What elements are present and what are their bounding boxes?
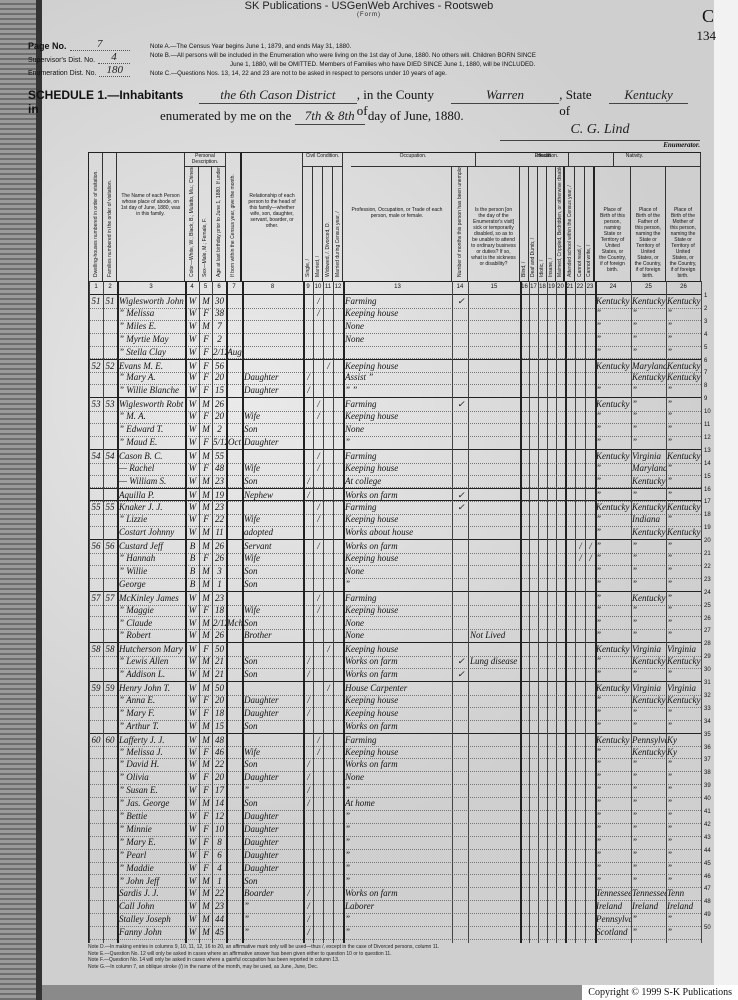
col-header-blind: Blind, /: [520, 167, 529, 281]
page-no-value: 7: [70, 39, 130, 51]
sex: M: [200, 926, 212, 941]
corner-mark: C: [702, 6, 714, 27]
line-number: 18: [704, 512, 711, 518]
line-number: 42: [704, 822, 711, 828]
line-number: 43: [704, 835, 711, 841]
archive-banner: SK Publications - USGenWeb Archives - Ro…: [0, 0, 738, 18]
line-number: 14: [704, 461, 711, 467]
census-row: Sardis J. J.WM22Boarder/Works on farmTen…: [89, 887, 701, 901]
line-number: 46: [704, 874, 711, 880]
dwelling-number: [89, 926, 103, 941]
census-row: ” Addison L.WM21Son/Works on farm✓”””: [89, 668, 701, 682]
note-b-cont: June 1, 1880, will be OMITTED. Members o…: [150, 60, 670, 69]
county-value: Warren: [451, 87, 559, 104]
column-divider: [520, 281, 522, 943]
census-row: Costart JohnnyWM11adoptedWorks about hou…: [89, 526, 701, 540]
column-number: 4: [185, 284, 199, 290]
line-number: 33: [704, 706, 711, 712]
line-number: 24: [704, 590, 711, 596]
relationship: ”: [244, 926, 303, 941]
married-mark: [314, 926, 323, 941]
col-header-married: Married, /: [313, 167, 323, 281]
supervisor-dist-label: Supervisor's Dist. No.: [28, 57, 95, 64]
column-divider: [556, 281, 557, 943]
cannot-write: [586, 926, 595, 941]
census-row: ” Miles E.WM7None”””: [89, 320, 701, 334]
form-notes: Note A.—The Census Year begins June 1, 1…: [150, 42, 670, 78]
banner-title: SK Publications - USGenWeb Archives - Ro…: [0, 0, 738, 12]
page-no-label: Page No.: [28, 41, 67, 51]
line-number: 35: [704, 732, 711, 738]
column-divider: [585, 281, 586, 943]
form-footnotes: Note D.—In making entries in columns 9, …: [88, 944, 628, 970]
group-education: Education.: [525, 153, 569, 167]
column-divider: [666, 281, 667, 943]
census-row: ” Mary E.WF8Daughter””””: [89, 836, 701, 850]
unemployed-months: [454, 926, 468, 941]
father-birthplace: ”: [632, 926, 666, 941]
occupation: ”: [345, 926, 452, 941]
column-number: 5: [199, 284, 212, 290]
column-divider: [343, 281, 345, 943]
census-row: ” LizzieWF22Wife/Keeping house”Indiana”: [89, 513, 701, 527]
line-number: 1: [704, 293, 707, 299]
census-row: ” John JeffWM1Son””””: [89, 875, 701, 889]
column-number: 2: [103, 284, 117, 290]
census-row: ” PearlWF6Daughter””””: [89, 849, 701, 863]
note-a: Note A.—The Census Year begins June 1, 1…: [150, 42, 670, 51]
line-number: 26: [704, 616, 711, 622]
census-row: ” MaddieWF4Daughter””””: [89, 862, 701, 876]
line-number: 11: [704, 422, 710, 428]
census-row: ” Melissa J.WF46Wife/Keeping house”Kentu…: [89, 746, 701, 760]
line-number: 27: [704, 628, 711, 634]
single-mark: /: [304, 926, 313, 941]
col-header-idiotic: Idiotic, /: [538, 167, 547, 281]
enumeration-date-line: enumerated by me on the 7th & 8th day of…: [160, 108, 464, 125]
census-row: ” Mary A.WF20Daughter/Assist ”KentuckyKe…: [89, 371, 701, 385]
schedule-place: the 6th Cason District: [199, 87, 357, 104]
col-header-birth-month: If born within the Census year, give the…: [226, 153, 242, 281]
line-number: 5: [704, 345, 707, 351]
line-number: 50: [704, 925, 711, 931]
enumerator-label: Enumerator.: [500, 141, 700, 149]
census-row: ” HannahBF26WifeKeeping house//”””: [89, 552, 701, 566]
census-row: Call JohnWM23”/LaborerIrelandIrelandIrel…: [89, 900, 701, 914]
line-number: 30: [704, 667, 711, 673]
supervisor-dist-value: 4: [98, 52, 130, 64]
column-number: 6: [212, 284, 226, 290]
line-number: 40: [704, 796, 711, 802]
line-number: 22: [704, 564, 711, 570]
widowed-mark: [324, 926, 333, 941]
line-number: 13: [704, 448, 711, 454]
col-header-cannot-write: Cannot write, /: [585, 167, 595, 281]
column-divider: [89, 281, 90, 943]
column-divider: [199, 281, 200, 943]
column-number: 22: [575, 284, 585, 290]
column-numbers: 1234567891011121314151617181920212223242…: [89, 281, 701, 295]
state-label: , State of: [559, 87, 605, 119]
note-b: Note B.—All persons will be included in …: [150, 51, 670, 60]
enum-day: 7th & 8th: [295, 108, 365, 125]
census-row: Fanny JohnWM45”/”Scotland””: [89, 926, 701, 940]
line-number: 36: [704, 745, 711, 751]
census-row: ” Edward T.WM2SonNone”””: [89, 423, 701, 437]
group-personal: Personal Description.: [185, 153, 226, 167]
line-number: 29: [704, 654, 711, 660]
column-number: 17: [529, 284, 538, 290]
line-number: 47: [704, 886, 711, 892]
person-name: Fanny John: [119, 926, 185, 941]
column-number: 7: [226, 284, 242, 290]
footnote: Note G.—In column 7, an oblique stroke (…: [88, 964, 628, 971]
page-right-margin: [714, 0, 738, 1000]
line-number: 7: [704, 370, 707, 376]
col-header-deaf: Deaf and Dumb, /: [529, 167, 538, 281]
col-header-mother-birthplace: Place of Birth of the Mother of this per…: [666, 167, 701, 281]
line-number: 3: [704, 319, 707, 325]
column-divider: [303, 281, 305, 943]
group-civil: Civil Condition.: [303, 153, 343, 167]
column-divider: [538, 281, 539, 943]
line-number: 48: [704, 899, 711, 905]
column-divider: [529, 281, 530, 943]
census-row: ” Lewis AllenWM21Son/Works on farm✓Lung …: [89, 655, 701, 669]
col-header-widowed: Widowed, /. Divorced, D.: [323, 167, 333, 281]
line-number: 25: [704, 603, 711, 609]
census-row: ” Anna E.WF20Daughter/Keeping house”Kent…: [89, 694, 701, 708]
line-number: 45: [704, 861, 711, 867]
column-number: 3: [117, 284, 185, 290]
column-number: 15: [468, 284, 520, 290]
line-number: 21: [704, 551, 711, 557]
family-number: [103, 926, 117, 941]
line-number: 8: [704, 383, 707, 389]
column-divider: [226, 281, 228, 943]
district-info: Page No.7 Supervisor's Dist. No.4 Enumer…: [28, 38, 130, 77]
column-divider: [185, 281, 187, 943]
color: W: [186, 926, 199, 941]
column-number: 20: [556, 284, 565, 290]
enumeration-dist-value: 180: [99, 65, 130, 77]
birth-month: [227, 926, 242, 941]
enum-prefix: enumerated by me on the: [160, 108, 291, 123]
sickness: [470, 926, 520, 941]
col-header-occupation: Profession, Occupation, or Trade of each…: [343, 167, 452, 281]
banner-subtitle: (Form): [0, 12, 738, 18]
line-number: 38: [704, 770, 711, 776]
mother-birthplace: ”: [667, 926, 701, 941]
census-row: ” MinnieWF10Daughter””””: [89, 823, 701, 837]
column-divider: [103, 281, 104, 943]
line-number: 44: [704, 848, 711, 854]
census-row: ” OliviaWF20Daughter/None”””: [89, 771, 701, 785]
line-number: 39: [704, 783, 711, 789]
line-number: 9: [704, 396, 707, 402]
note-c: Note C.—Questions Nos. 13, 14, 22 and 23…: [150, 69, 670, 78]
column-divider: [547, 281, 548, 943]
column-number: 14: [452, 284, 468, 290]
line-number: 10: [704, 409, 711, 415]
group-occupation: Occupation.: [351, 153, 476, 167]
census-row: ” Stella ClayWF2/12Aug”””: [89, 346, 701, 360]
census-row: ” Jas. GeorgeWM14Son/At home”””: [89, 797, 701, 811]
line-number: 19: [704, 525, 711, 531]
col-header-birthplace: Place of Birth of this person, naming St…: [595, 167, 631, 281]
enumerator-block: C. G. Lind Enumerator.: [500, 122, 700, 149]
census-row: ” ClaudeWM2/12MchSonNone”””: [89, 617, 701, 631]
column-number: 26: [666, 284, 701, 290]
census-row: ” David H.WM22Son/Works on farm”””: [89, 758, 701, 772]
column-divider: [333, 281, 334, 943]
census-row: ” BettieWF12Daughter””””: [89, 810, 701, 824]
column-number: 25: [631, 284, 666, 290]
copyright-notice: Copyright © 1999 S-K Publications: [582, 985, 738, 1000]
line-number: 2: [704, 306, 707, 312]
book-binding: [0, 0, 40, 1000]
col-header-family: Families numbered in the order of visita…: [103, 153, 117, 281]
col-header-relationship: Relationship of each person to the head …: [242, 153, 303, 281]
column-number: 23: [585, 284, 595, 290]
enum-suffix: day of June, 1880.: [368, 108, 464, 123]
line-number: 20: [704, 538, 711, 544]
census-table: Personal Description. Civil Condition. O…: [88, 152, 701, 943]
enumerator-signature: C. G. Lind: [500, 122, 700, 141]
census-row: ” Arthur T.WM15SonWorks on farm”””: [89, 720, 701, 734]
column-number: 12: [333, 284, 343, 290]
column-number: 11: [323, 284, 333, 290]
column-divider: [242, 281, 244, 943]
col-header-unemployed: Number of months this person has been un…: [452, 167, 468, 281]
age: 45: [213, 926, 226, 941]
birthplace: Scotland: [596, 926, 631, 941]
col-header-married-census-year: Married during Census year, /: [333, 167, 343, 281]
col-header-age: Age at last birthday prior to June 1, 18…: [212, 167, 226, 281]
dwelling-columns-strip: [44, 152, 89, 942]
census-row: ” MaggieWF18Wife/Keeping house”””: [89, 604, 701, 618]
census-row: ” Myrtie MayWF2None”””: [89, 333, 701, 347]
sheet-number: 134: [697, 28, 717, 44]
line-number: 15: [704, 474, 711, 480]
col-header-sex: Sex—Male, M.; Female, F.: [199, 167, 212, 281]
census-row: ” Mary F.WF18Daughter/Keeping house”””: [89, 707, 701, 721]
line-number: 17: [704, 499, 711, 505]
column-divider: [701, 281, 702, 943]
line-number: 23: [704, 577, 711, 583]
line-number: 37: [704, 757, 711, 763]
column-divider: [565, 281, 567, 943]
state-value: Kentucky: [609, 87, 688, 104]
col-header-color: Color—White, W.; Black, B.; Mulatto, Mu.…: [185, 167, 199, 281]
column-number: 8: [242, 284, 303, 290]
column-divider: [452, 281, 453, 943]
column-number: 19: [547, 284, 556, 290]
column-divider: [575, 281, 576, 943]
census-row: ” WillieBM3SonNone”””: [89, 565, 701, 579]
col-header-name: The Name of each Person whose place of a…: [117, 153, 185, 281]
line-number: 12: [704, 435, 711, 441]
col-header-sickness: Is the person [on the day of the Enumera…: [468, 167, 520, 281]
column-divider: [323, 281, 324, 943]
col-header-insane: Insane, /: [547, 167, 556, 281]
cannot-read: [576, 926, 585, 941]
line-number: 28: [704, 641, 711, 647]
census-row: Stalley JosephWM44”/”Pennsylvania””: [89, 913, 701, 927]
column-divider: [212, 281, 213, 943]
col-header-single: Single, /: [303, 167, 313, 281]
census-row: — RachelWF48Wife/Keeping house”Maryland”: [89, 462, 701, 476]
line-number: 34: [704, 719, 711, 725]
census-row: — William S.WM23Son/At college”Kentucky”: [89, 475, 701, 489]
census-row: ” M. A.WF20Wife/Keeping house”””: [89, 410, 701, 424]
census-row: ” Maud E.WF5/12OctDaughter””””: [89, 436, 701, 450]
column-divider: [468, 281, 469, 943]
column-number: 10: [313, 284, 323, 290]
column-divider: [117, 281, 119, 943]
census-row: ” Susan E.WF17”/””””: [89, 784, 701, 798]
census-row: ” Willie BlancheWF15Daughter/” ””””: [89, 384, 701, 398]
column-number: 18: [538, 284, 547, 290]
group-nativity: Nativity.: [569, 153, 701, 167]
column-number: 1: [89, 284, 103, 290]
line-number: 4: [704, 332, 707, 338]
col-header-school: Attended school within the Census year, …: [565, 167, 575, 281]
col-header-maimed: Maimed, Crippled, Bedridden, or otherwis…: [556, 167, 565, 281]
column-number: 24: [595, 284, 631, 290]
column-divider: [631, 281, 632, 943]
line-number: 32: [704, 693, 711, 699]
col-header-dwelling: Dwelling-houses numbered in order of vis…: [89, 153, 103, 281]
census-row: GeorgeBM1Son””””: [89, 578, 701, 592]
col-header-cannot-read: Cannot read, /: [575, 167, 585, 281]
census-row: ” MelissaWF38/Keeping house”””: [89, 307, 701, 321]
line-number: 49: [704, 912, 711, 918]
line-number: 16: [704, 487, 711, 493]
line-number: 31: [704, 680, 711, 686]
column-number: 13: [343, 284, 452, 290]
line-number: 41: [704, 809, 711, 815]
column-divider: [595, 281, 597, 943]
census-row: ” RobertWM26BrotherNoneNot Lived”””: [89, 629, 701, 643]
col-header-father-birthplace: Place of Birth of the Father of this per…: [631, 167, 666, 281]
line-number: 6: [704, 358, 707, 364]
column-divider: [313, 281, 314, 943]
enumeration-dist-label: Enumeration Dist. No.: [28, 70, 96, 77]
